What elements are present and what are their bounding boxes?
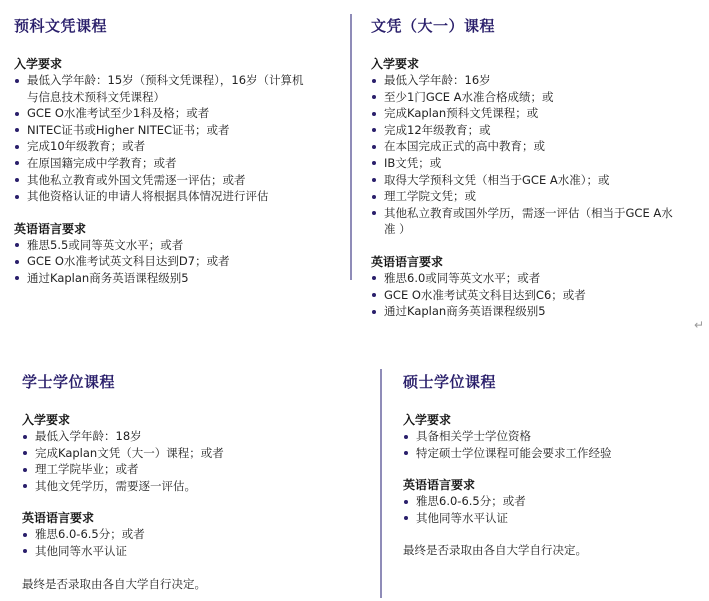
list-item: 最低入学年龄：15岁（预科文凭课程），16岁（计算机与信息技术预科文凭课程）: [14, 72, 314, 105]
list-item: 完成10年级教育；或者: [14, 138, 314, 155]
bullet-icon: [23, 533, 27, 537]
english-list: 雅思6.0-6.5分；或者 其他同等水平认证: [22, 526, 342, 559]
list-item: 雅思6.0或同等英文水平；或者: [371, 270, 681, 287]
list-item: 理工学院毕业；或者: [22, 461, 342, 478]
english-list: 雅思6.0或同等英文水平；或者 GCE O水准考试英文科目达到C6；或者 通过K…: [371, 270, 681, 320]
section-diploma-year-one: 文凭（大一）课程 入学要求 最低入学年龄：16岁 至少1门GCE A水准合格成绩…: [371, 16, 681, 320]
bullet-icon: [372, 161, 376, 165]
list-item: 雅思6.0-6.5分；或者: [403, 493, 693, 510]
bullet-icon: [15, 178, 19, 182]
section-foundation-diploma: 预科文凭课程 入学要求 最低入学年龄：15岁（预科文凭课程），16岁（计算机与信…: [14, 16, 314, 287]
bullet-icon: [372, 276, 376, 280]
list-item: 其他文凭学历，需要逐一评估。: [22, 478, 342, 495]
bullet-icon: [15, 79, 19, 83]
list-item: GCE O水准考试英文科目达到C6；或者: [371, 287, 681, 304]
admission-list: 最低入学年龄：16岁 至少1门GCE A水准合格成绩；或 完成Kaplan预科文…: [371, 72, 681, 238]
list-item: 雅思5.5或同等英文水平；或者: [14, 237, 314, 254]
bullet-icon: [404, 435, 408, 439]
list-item: 其他同等水平认证: [403, 510, 693, 527]
section-title: 学士学位课程: [22, 372, 342, 392]
list-item: 其他资格认证的申请人将根据具体情况进行评估: [14, 188, 314, 205]
column-divider: [350, 14, 352, 280]
bullet-icon: [15, 112, 19, 116]
bullet-icon: [23, 451, 27, 455]
english-list: 雅思5.5或同等英文水平；或者 GCE O水准考试英文科目达到D7；或者 通过K…: [14, 237, 314, 287]
bullet-icon: [404, 516, 408, 520]
admission-list: 最低入学年龄：15岁（预科文凭课程），16岁（计算机与信息技术预科文凭课程） G…: [14, 72, 314, 205]
list-item: 取得大学预科文凭（相当于GCE A水准）；或: [371, 172, 681, 189]
list-item: 理工学院文凭；或: [371, 188, 681, 205]
english-heading: 英语语言要求: [14, 221, 314, 237]
section-title: 预科文凭课程: [14, 16, 314, 36]
bullet-icon: [372, 195, 376, 199]
list-item: 在原国籍完成中学教育；或者: [14, 155, 314, 172]
list-item: 完成12年级教育；或: [371, 122, 681, 139]
list-item: 其他私立教育或国外学历，需逐一评估（相当于GCE A水准 ）: [371, 205, 681, 238]
list-item: 最低入学年龄：18岁: [22, 428, 342, 445]
english-heading: 英语语言要求: [403, 477, 693, 493]
bullet-icon: [372, 145, 376, 149]
list-item: GCE O水准考试至少1科及格；或者: [14, 105, 314, 122]
section-master-degree: 硕士学位课程 入学要求 具备相关学士学位资格 特定硕士学位课程可能会要求工作经验…: [403, 372, 693, 559]
bullet-icon: [15, 243, 19, 247]
column-divider: [380, 369, 382, 598]
bullet-icon: [404, 451, 408, 455]
list-item: IB文凭；或: [371, 155, 681, 172]
bullet-icon: [372, 112, 376, 116]
english-heading: 英语语言要求: [371, 254, 681, 270]
bullet-icon: [23, 549, 27, 553]
list-item: 通过Kaplan商务英语课程级别5: [371, 303, 681, 320]
list-item: 特定硕士学位课程可能会要求工作经验: [403, 445, 693, 462]
bullet-icon: [15, 128, 19, 132]
list-item: 具备相关学士学位资格: [403, 428, 693, 445]
bullet-icon: [15, 276, 19, 280]
admission-list: 具备相关学士学位资格 特定硕士学位课程可能会要求工作经验: [403, 428, 693, 461]
section-bachelor-degree: 学士学位课程 入学要求 最低入学年龄：18岁 完成Kaplan文凭（大一）课程；…: [22, 372, 342, 592]
bullet-icon: [372, 95, 376, 99]
list-item: 至少1门GCE A水准合格成绩；或: [371, 89, 681, 106]
bullet-icon: [372, 79, 376, 83]
admission-note: 最终是否录取由各自大学自行决定。: [403, 542, 693, 559]
bullet-icon: [15, 195, 19, 199]
list-item: 完成Kaplan文凭（大一）课程；或者: [22, 445, 342, 462]
bullet-icon: [15, 260, 19, 264]
admission-heading: 入学要求: [22, 412, 342, 428]
bullet-icon: [23, 484, 27, 488]
bullet-icon: [23, 468, 27, 472]
admission-heading: 入学要求: [403, 412, 693, 428]
english-heading: 英语语言要求: [22, 510, 342, 526]
bullet-icon: [372, 293, 376, 297]
list-item: 通过Kaplan商务英语课程级别5: [14, 270, 314, 287]
admission-list: 最低入学年龄：18岁 完成Kaplan文凭（大一）课程；或者 理工学院毕业；或者…: [22, 428, 342, 494]
paragraph-return-icon: ↵: [694, 318, 704, 332]
admission-heading: 入学要求: [14, 56, 314, 72]
bullet-icon: [15, 161, 19, 165]
bullet-icon: [372, 128, 376, 132]
bullet-icon: [15, 145, 19, 149]
list-item: NITEC证书或Higher NITEC证书；或者: [14, 122, 314, 139]
list-item: 其他私立教育或外国文凭需逐一评估；或者: [14, 172, 314, 189]
list-item: 雅思6.0-6.5分；或者: [22, 526, 342, 543]
section-title: 文凭（大一）课程: [371, 16, 681, 36]
bullet-icon: [23, 435, 27, 439]
bullet-icon: [372, 310, 376, 314]
admission-note: 最终是否录取由各自大学自行决定。: [22, 576, 342, 593]
bullet-icon: [404, 500, 408, 504]
english-list: 雅思6.0-6.5分；或者 其他同等水平认证: [403, 493, 693, 526]
list-item: 完成Kaplan预科文凭课程；或: [371, 105, 681, 122]
list-item: GCE O水准考试英文科目达到D7；或者: [14, 253, 314, 270]
bullet-icon: [372, 211, 376, 215]
bullet-icon: [372, 178, 376, 182]
admission-heading: 入学要求: [371, 56, 681, 72]
list-item: 最低入学年龄：16岁: [371, 72, 681, 89]
list-item: 在本国完成正式的高中教育；或: [371, 138, 681, 155]
list-item: 其他同等水平认证: [22, 543, 342, 560]
section-title: 硕士学位课程: [403, 372, 693, 392]
